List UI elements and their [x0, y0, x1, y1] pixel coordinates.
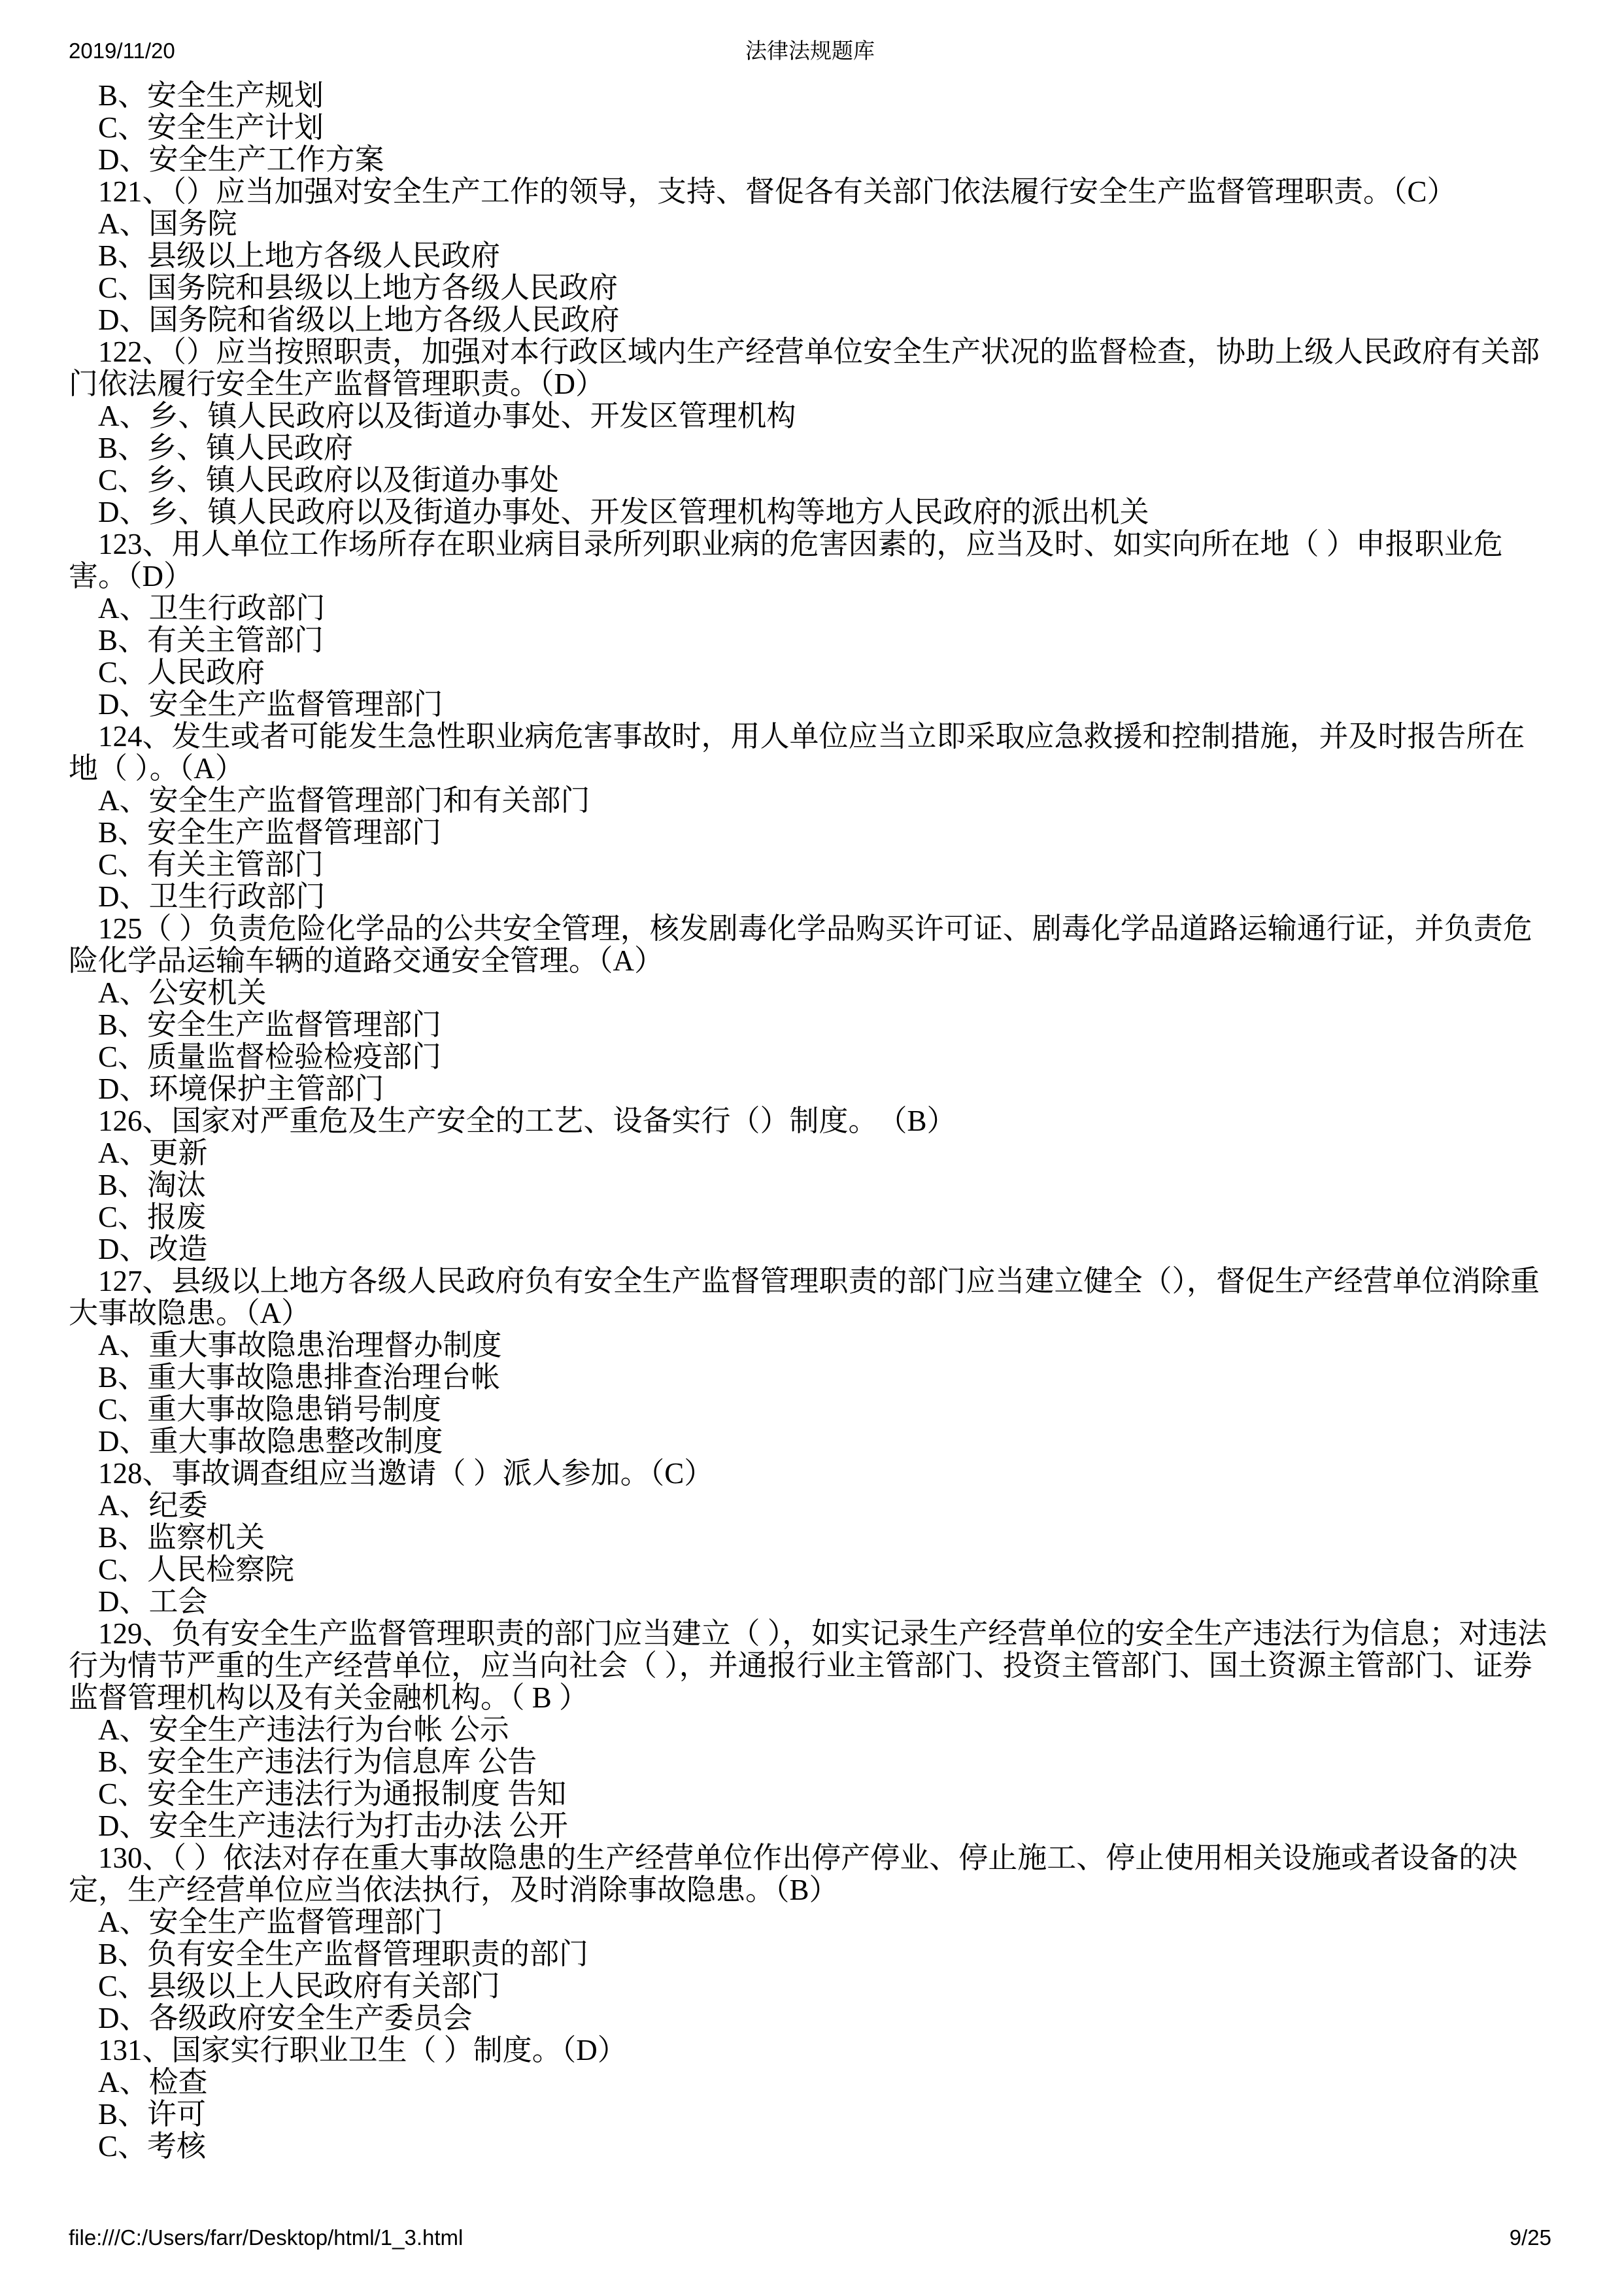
page-footer: file:///C:/Users/farr/Desktop/html/1_3.h…	[69, 2225, 1551, 2251]
document-line: B、许可	[69, 2099, 1554, 2131]
document-line: B、安全生产规划	[69, 80, 1554, 112]
document-line: 127、县级以上地方各级人民政府负有安全生产监督管理职责的部门应当建立健全（），…	[69, 1265, 1554, 1329]
document-line: B、安全生产监督管理部门	[69, 1009, 1554, 1041]
document-line: B、安全生产违法行为信息库 公告	[69, 1746, 1554, 1778]
document-line: C、人民检察院	[69, 1554, 1554, 1586]
document-line: C、报废	[69, 1201, 1554, 1233]
footer-page-number: 9/25	[1510, 2225, 1551, 2251]
document-line: C、考核	[69, 2131, 1554, 2163]
document-line: A、重大事故隐患治理督办制度	[69, 1329, 1554, 1362]
document-line: C、安全生产违法行为通报制度 告知	[69, 1778, 1554, 1810]
document-line: D、卫生行政部门	[69, 881, 1554, 913]
document-line: 122、（）应当按照职责，加强对本行政区域内生产经营单位安全生产状况的监督检查，…	[69, 336, 1554, 400]
document-line: D、环境保护主管部门	[69, 1073, 1554, 1105]
document-line: C、安全生产计划	[69, 112, 1554, 144]
document-line: B、县级以上地方各级人民政府	[69, 240, 1554, 272]
document-line: 125（ ）负责危险化学品的公共安全管理，核发剧毒化学品购买许可证、剧毒化学品道…	[69, 913, 1554, 977]
document-line: D、重大事故隐患整改制度	[69, 1426, 1554, 1458]
document-line: C、县级以上人民政府有关部门	[69, 1970, 1554, 2002]
document-line: A、更新	[69, 1137, 1554, 1169]
document-line: B、重大事故隐患排查治理台帐	[69, 1362, 1554, 1394]
footer-file-path: file:///C:/Users/farr/Desktop/html/1_3.h…	[69, 2225, 463, 2251]
document-line: 130、（ ）依法对存在重大事故隐患的生产经营单位作出停产停业、停止施工、停止使…	[69, 1842, 1554, 1906]
document-line: B、安全生产监督管理部门	[69, 817, 1554, 849]
document-line: A、公安机关	[69, 977, 1554, 1009]
document-line: A、安全生产监督管理部门和有关部门	[69, 785, 1554, 817]
document-line: 126、国家对严重危及生产安全的工艺、设备实行（）制度。 （B）	[69, 1105, 1554, 1137]
printed-document-page: { "page": { "header": { "date": "2019/11…	[0, 0, 1622, 2296]
document-line: C、有关主管部门	[69, 849, 1554, 881]
document-line: 129、负有安全生产监督管理职责的部门应当建立（ ），如实记录生产经营单位的安全…	[69, 1618, 1554, 1714]
document-line: 123、用人单位工作场所存在职业病目录所列职业病的危害因素的，应当及时、如实向所…	[69, 528, 1554, 592]
document-line: D、安全生产违法行为打击办法 公开	[69, 1810, 1554, 1842]
document-body: B、安全生产规划C、安全生产计划D、安全生产工作方案121、（）应当加强对安全生…	[69, 80, 1554, 2163]
document-line: D、国务院和省级以上地方各级人民政府	[69, 304, 1554, 336]
document-line: A、乡、镇人民政府以及街道办事处、开发区管理机构	[69, 400, 1554, 432]
document-line: D、工会	[69, 1586, 1554, 1618]
document-line: D、各级政府安全生产委员会	[69, 2002, 1554, 2034]
document-line: D、乡、镇人民政府以及街道办事处、开发区管理机构等地方人民政府的派出机关	[69, 496, 1554, 528]
document-line: A、国务院	[69, 208, 1554, 240]
document-line: D、安全生产监督管理部门	[69, 689, 1554, 721]
document-line: C、国务院和县级以上地方各级人民政府	[69, 272, 1554, 304]
document-line: B、淘汰	[69, 1169, 1554, 1201]
document-line: 124、发生或者可能发生急性职业病危害事故时，用人单位应当立即采取应急救援和控制…	[69, 721, 1554, 785]
document-line: B、监察机关	[69, 1522, 1554, 1554]
document-line: C、乡、镇人民政府以及街道办事处	[69, 464, 1554, 496]
document-line: 131、国家实行职业卫生（ ）制度。（D）	[69, 2034, 1554, 2066]
document-line: C、人民政府	[69, 657, 1554, 689]
document-line: A、安全生产违法行为台帐 公示	[69, 1714, 1554, 1746]
page-title: 法律法规题库	[69, 38, 1551, 64]
document-line: 128、事故调查组应当邀请（ ）派人参加。（C）	[69, 1458, 1554, 1490]
document-line: D、安全生产工作方案	[69, 144, 1554, 176]
document-line: C、重大事故隐患销号制度	[69, 1394, 1554, 1426]
document-line: A、安全生产监督管理部门	[69, 1906, 1554, 1938]
document-line: C、质量监督检验检疫部门	[69, 1041, 1554, 1073]
document-line: B、乡、镇人民政府	[69, 432, 1554, 464]
document-line: A、纪委	[69, 1490, 1554, 1522]
document-line: B、有关主管部门	[69, 625, 1554, 657]
document-line: B、负有安全生产监督管理职责的部门	[69, 1938, 1554, 1970]
document-line: A、检查	[69, 2066, 1554, 2099]
page-header: 2019/11/20 法律法规题库	[69, 38, 1551, 64]
document-line: 121、（）应当加强对安全生产工作的领导，支持、督促各有关部门依法履行安全生产监…	[69, 176, 1554, 208]
document-line: D、改造	[69, 1233, 1554, 1265]
document-line: A、卫生行政部门	[69, 592, 1554, 625]
